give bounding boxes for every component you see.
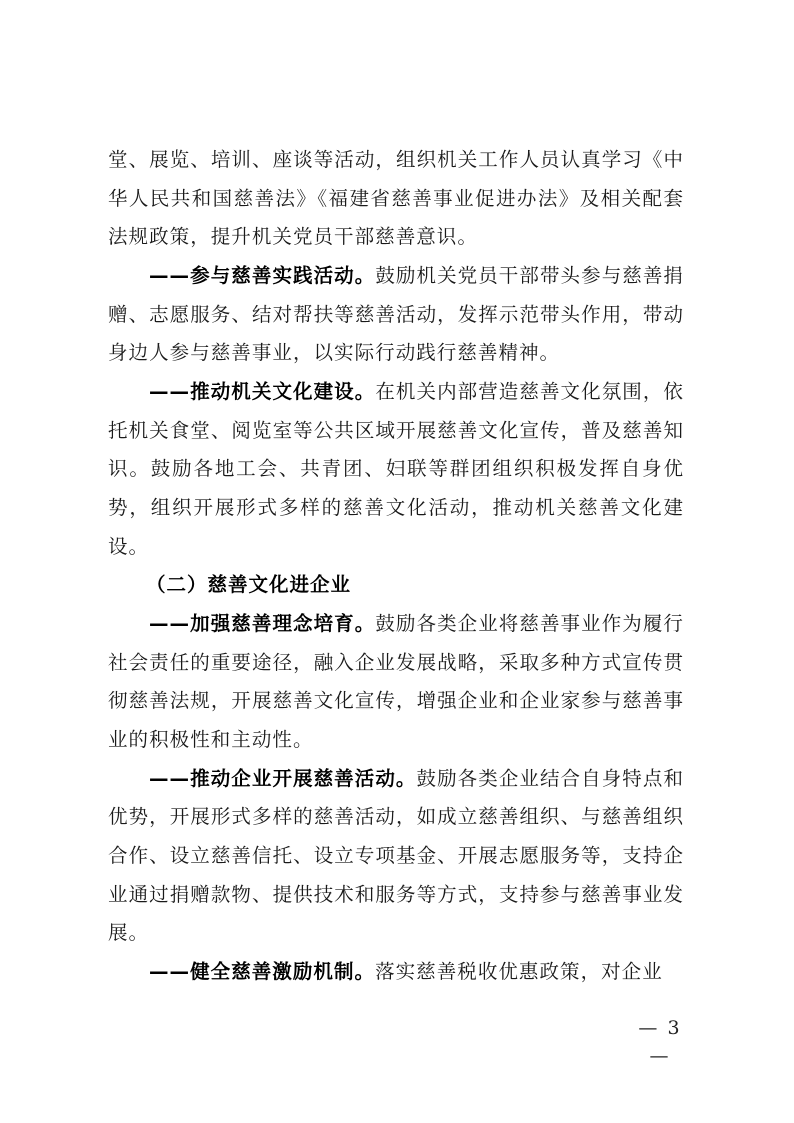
paragraph-lead: ——参与慈善实践活动。 xyxy=(149,264,375,287)
paragraph-incentive-mechanism: ——健全慈善激励机制。落实慈善税收优惠政策，对企业 xyxy=(108,953,684,992)
paragraph-enterprise-activities: ——推动企业开展慈善活动。鼓励各类企业结合自身特点和优势，开展形式多样的慈善活动… xyxy=(108,760,684,953)
paragraph-practice-activities: ——参与慈善实践活动。鼓励机关党员干部带头参与慈善捐赠、志愿服务、结对帮扶等慈善… xyxy=(108,257,684,373)
paragraph-text: 鼓励各类企业结合自身特点和优势，开展形式多样的慈善活动，如成立慈善组织、与慈善组… xyxy=(108,767,684,945)
paragraph-organ-culture: ——推动机关文化建设。在机关内部营造慈善文化氛围，依托机关食堂、阅览室等公共区域… xyxy=(108,373,684,566)
paragraph-lead: ——推动企业开展慈善活动。 xyxy=(149,767,417,790)
paragraph-lead: ——健全慈善激励机制。 xyxy=(149,960,375,983)
paragraph-continuation: 堂、展览、培训、座谈等活动，组织机关工作人员认真学习《中华人民共和国慈善法》《福… xyxy=(108,141,684,257)
paragraph-text: 落实慈善税收优惠政策，对企业 xyxy=(375,960,663,983)
paragraph-text: 堂、展览、培训、座谈等活动，组织机关工作人员认真学习《中华人民共和国慈善法》《福… xyxy=(108,148,684,248)
paragraph-philanthropy-concept: ——加强慈善理念培育。鼓励各类企业将慈善事业作为履行社会责任的重要途径，融入企业… xyxy=(108,605,684,760)
paragraph-lead: ——推动机关文化建设。 xyxy=(149,380,375,403)
page-number: — 3 — xyxy=(624,1014,696,1070)
document-page: 堂、展览、培训、座谈等活动，组织机关工作人员认真学习《中华人民共和国慈善法》《福… xyxy=(108,141,684,992)
paragraph-lead: ——加强慈善理念培育。 xyxy=(149,612,375,635)
section-heading: （二）慈善文化进企业 xyxy=(108,566,684,605)
paragraph-text: 在机关内部营造慈善文化氛围，依托机关食堂、阅览室等公共区域开展慈善文化宣传，普及… xyxy=(108,380,684,558)
